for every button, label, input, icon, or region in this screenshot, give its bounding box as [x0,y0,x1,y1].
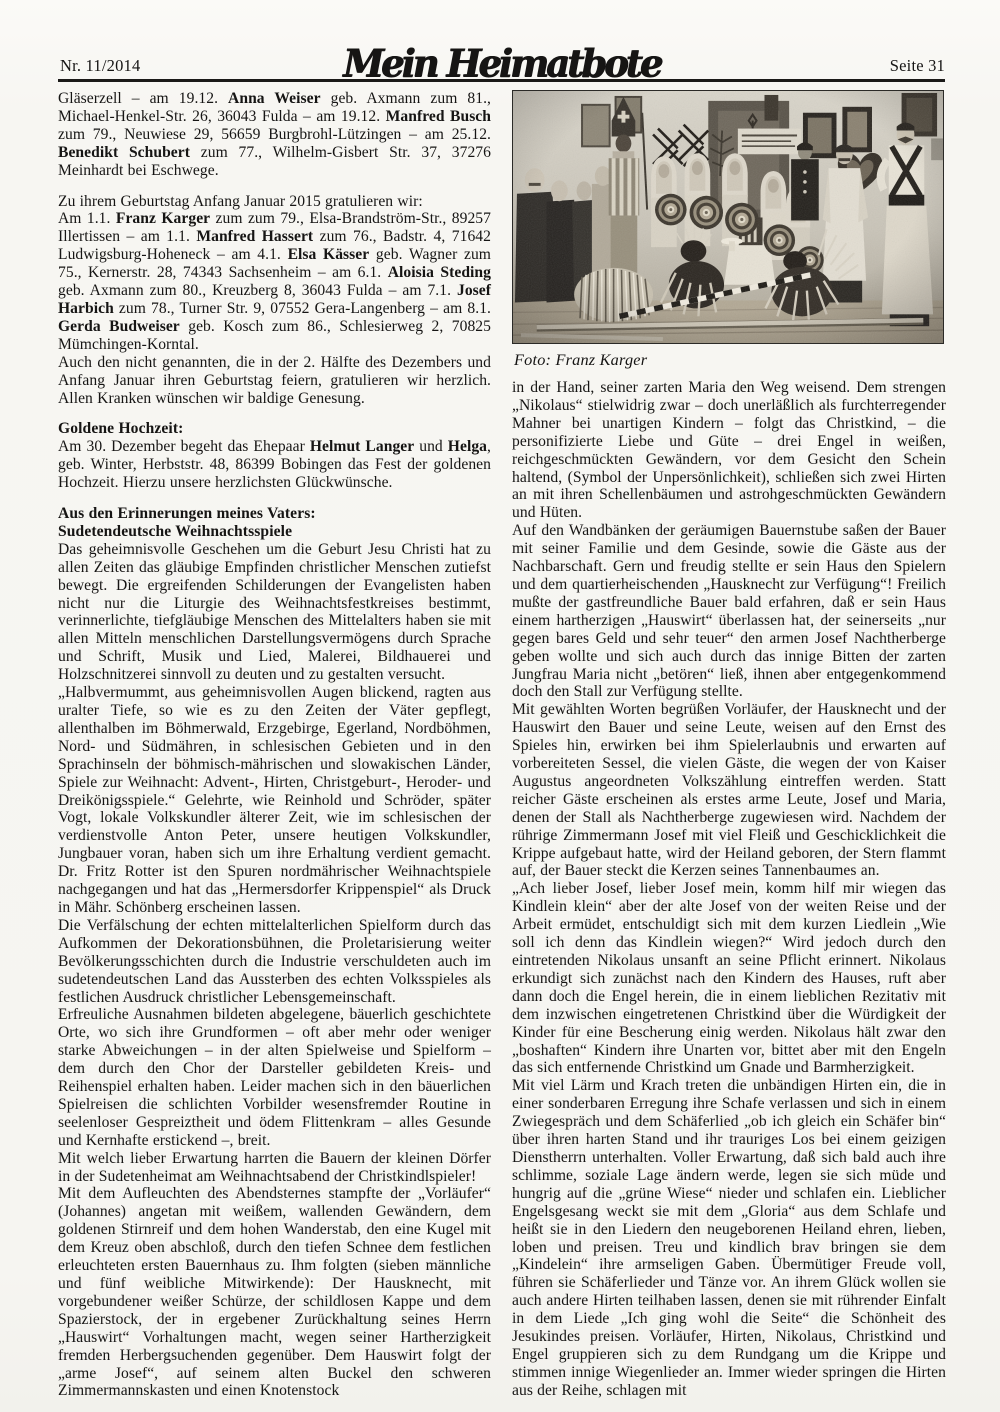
paragraph: Mit viel Lärm und Krach treten die unbän… [512,1077,946,1399]
left-column: Gläserzell – am 19.12. Anna Weiser geb. … [58,90,491,1400]
paragraph: Auch den nicht genannten, die in der 2. … [58,354,491,408]
paragraph: Mit welch lieber Erwartung harrten die B… [58,1150,491,1186]
paragraph: „Halbvermummt, aus geheimnisvollen Augen… [58,684,491,917]
paragraph: Zu ihrem Geburtstag Anfang Januar 2015 g… [58,193,491,211]
page-header: Nr. 11/2014 Mein Heimatbote Seite 31 [58,36,945,80]
right-column: Foto: Franz Karger in der Hand, seiner z… [512,90,946,1400]
section-heading: Goldene Hochzeit: [58,420,491,438]
paragraph: in der Hand, seiner zarten Maria den Weg… [512,379,946,522]
paragraph: Gläserzell – am 19.12. Anna Weiser geb. … [58,90,491,180]
page-number: Seite 31 [890,56,945,76]
paragraph: Am 1.1. Franz Karger zum zum 79., Elsa-B… [58,210,491,353]
paragraph: Am 30. Dezember begeht das Ehepaar Helmu… [58,438,491,492]
section-heading: Aus den Erinnerungen meines Vaters: [58,505,491,523]
paragraph: Mit dem Aufleuchten des Abendsternes sta… [58,1185,491,1400]
right-column-text: in der Hand, seiner zarten Maria den Weg… [512,379,946,1400]
paragraph: Das geheimnisvolle Geschehen um die Gebu… [58,541,491,684]
section-heading: Sudetendeutsche Weihnachtsspiele [58,523,491,541]
paragraph: Auf den Wandbänken der geräumigen Bauern… [512,522,946,701]
paragraph: Mit gewählten Worten begrüßen Vorläufer,… [512,701,946,880]
newspaper-page: Nr. 11/2014 Mein Heimatbote Seite 31 Glä… [0,0,1000,1412]
paragraph: Die Verfälschung der echten mittelalterl… [58,917,491,1007]
historical-photo-illustration [513,91,943,343]
header-rule [58,79,945,82]
paragraph: Erfreuliche Ausnahmen bildeten abgelegen… [58,1006,491,1149]
masthead-title: Mein Heimatbote [58,44,945,82]
historical-photo [512,90,944,344]
photo-caption: Foto: Franz Karger [514,350,946,370]
paragraph: „Ach lieber Josef, lieber Josef mein, ko… [512,880,946,1077]
